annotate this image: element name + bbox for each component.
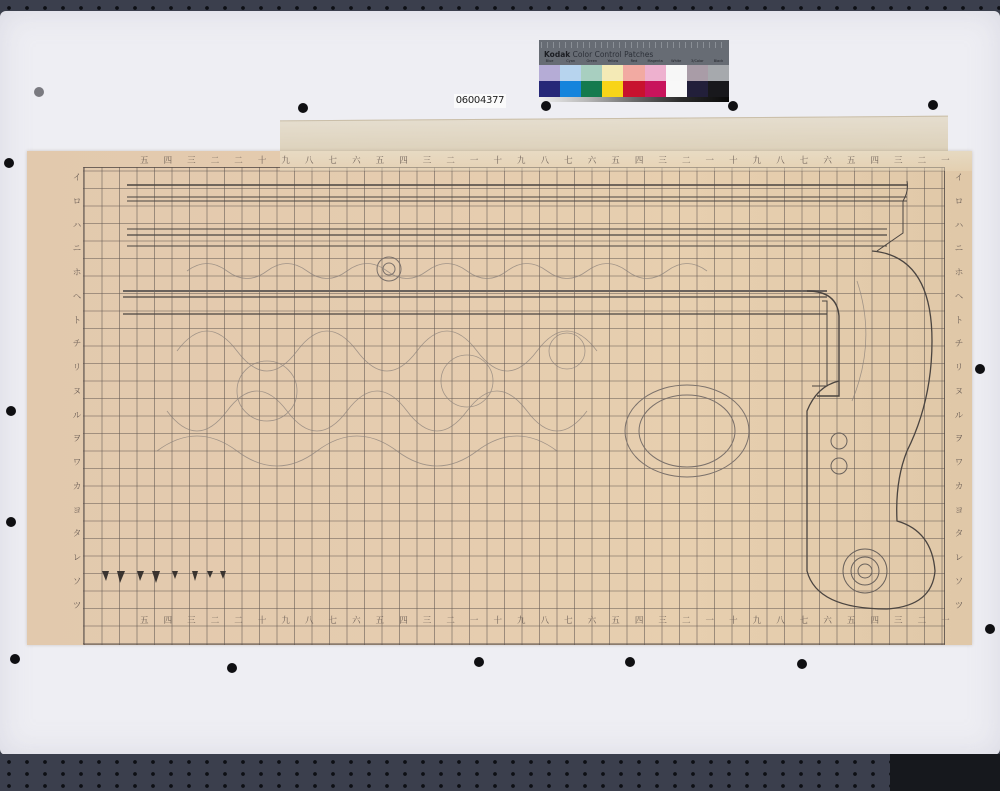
- pin-icon: [227, 663, 237, 673]
- pin-icon: [474, 657, 484, 667]
- color-patch: [560, 65, 581, 81]
- scanner-tray-bottom: [0, 754, 1000, 791]
- pin-icon: [10, 654, 20, 664]
- color-patch: [581, 81, 602, 97]
- color-patch: [560, 81, 581, 97]
- pin-icon: [6, 406, 16, 416]
- color-patch: [687, 81, 708, 97]
- pencil-drawing: [27, 151, 972, 645]
- color-patch: [602, 81, 623, 97]
- color-patch: [645, 65, 666, 81]
- pin-icon: [985, 624, 995, 634]
- color-patch: [581, 65, 602, 81]
- pin-icon: [298, 103, 308, 113]
- color-patch: [687, 65, 708, 81]
- accession-number-label: 06004377: [454, 94, 506, 108]
- pin-icon: [797, 659, 807, 669]
- pin-icon: [928, 100, 938, 110]
- drawing-sheet: 五四三二二十九八七六五四三二一十九八七六五四三二一十九八七六五四三二一 五四三二…: [27, 151, 972, 645]
- pin-icon: [728, 101, 738, 111]
- pin-icon: [625, 657, 635, 667]
- chart-title: Kodak Color Control Patches: [544, 50, 653, 59]
- chart-ruler: [541, 42, 727, 48]
- pin-icon: [541, 101, 551, 111]
- color-patch: [666, 81, 687, 97]
- patch-names: BlueCyanGreenYellowRedMagentaWhite3/Colo…: [539, 59, 729, 63]
- light-patch-row: [539, 65, 729, 81]
- grayscale-strip: [539, 97, 729, 102]
- pin-icon: [4, 158, 14, 168]
- kodak-color-chart: Kodak Color Control Patches BlueCyanGree…: [539, 40, 729, 102]
- color-patch: [602, 65, 623, 81]
- color-patch: [539, 65, 560, 81]
- color-patch: [539, 81, 560, 97]
- pin-icon: [34, 87, 44, 97]
- color-patch: [645, 81, 666, 97]
- dark-patch-row: [539, 81, 729, 97]
- color-patch: [666, 65, 687, 81]
- pin-icon: [975, 364, 985, 374]
- color-patch: [708, 81, 729, 97]
- color-patch: [623, 81, 644, 97]
- color-patch: [623, 65, 644, 81]
- color-patch: [708, 65, 729, 81]
- pin-icon: [6, 517, 16, 527]
